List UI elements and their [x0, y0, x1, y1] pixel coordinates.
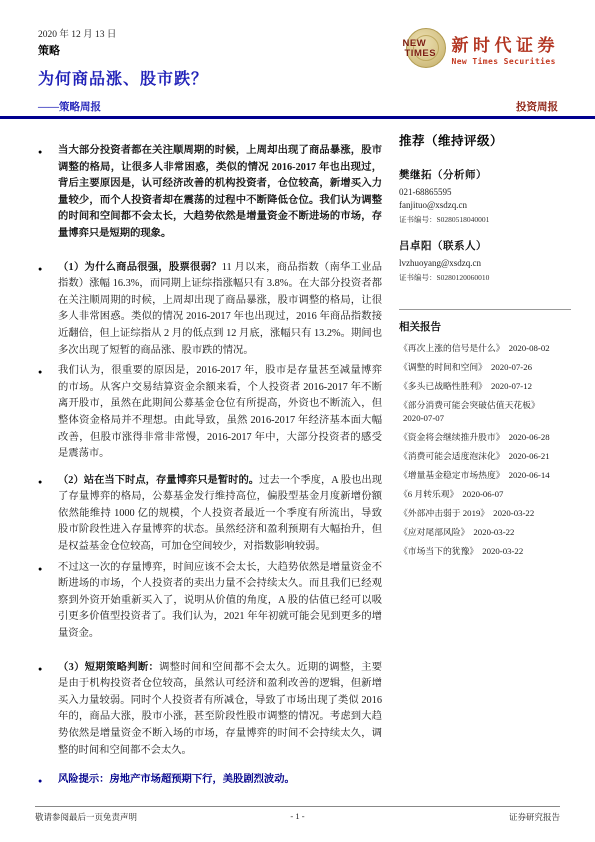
emblem-text-times: TIMES [405, 48, 437, 59]
person-cert-number: 证书编号：S0280120060010 [399, 272, 571, 283]
related-report-date: 2020-06-07 [462, 489, 503, 499]
bullet-text: 不过这一次的存量博弈，时间应该不会太长，大趋势依然是增量资金不断进场的市场，个人… [58, 560, 382, 643]
person-email: lvzhuoyang@xsdzq.cn [399, 257, 571, 270]
report-page: 2020 年 12 月 13 日 策略 NEW TIMES 新时代证券 New … [0, 0, 595, 842]
sidebar: 推荐（维持评级） 樊继拓（分析师）021-68865595fanjituo@xs… [399, 131, 571, 564]
bullet-dot-icon: ● [38, 143, 58, 243]
related-report-title: 《多头已战略性胜利》 [399, 381, 487, 391]
related-report-date: 2020-07-26 [491, 362, 532, 372]
bullet-lead: 风险提示： [58, 774, 109, 785]
related-report-date: 2020-06-28 [509, 432, 550, 442]
related-reports-block: 相关报告 《再次上涨的信号是什么》2020-08-02《调整的时间和空间》202… [399, 309, 571, 557]
related-report-item: 《再次上涨的信号是什么》2020-08-02 [399, 342, 571, 355]
bullet-dot-icon: ● [38, 260, 58, 360]
person-name: 吕卓阳（联系人） [399, 238, 571, 253]
related-report-title: 《资金将会继续推升股市》 [399, 432, 505, 442]
company-name-en: New Times Securities [452, 57, 560, 66]
bullet-item: ●（2）站在当下时点，存量博弈只是暂时的。过去一个季度，A 股也出现了存量博弈的… [38, 473, 382, 556]
related-report-item: 《资金将会继续推升股市》2020-06-28 [399, 431, 571, 444]
bullet-text: 风险提示：房地产市场超预期下行，美股剧烈波动。 [58, 772, 382, 790]
bullet-lead: （2）站在当下时点，存量博弈只是暂时的。 [58, 475, 259, 486]
report-title: 为何商品涨、股市跌？ [38, 66, 208, 89]
related-report-title: 《市场当下的犹豫》 [399, 546, 478, 556]
related-report-item: 《应对尾部风险》2020-03-22 [399, 526, 571, 539]
related-report-title: 《增量基金稳定市场热度》 [399, 470, 505, 480]
related-report-date: 2020-06-21 [509, 451, 550, 461]
report-category: 策略 [38, 42, 60, 58]
related-report-item: 《多头已战略性胜利》2020-07-12 [399, 380, 571, 393]
bullet-item: ●当大部分投资者都在关注顺周期的时候，上周却出现了商品暴涨，股市调整的格局，让很… [38, 143, 382, 243]
related-report-date: 2020-06-14 [509, 470, 550, 480]
bullet-item: ●（1）为什么商品很强，股票很弱？11 月以来，商品指数（南华工业品指数）涨幅 … [38, 260, 382, 360]
related-report-date: 2020-07-07 [403, 413, 444, 423]
header-divider [0, 116, 595, 119]
company-name-cn: 新时代证券 [452, 31, 560, 56]
bullet-dot-icon: ● [38, 660, 58, 760]
page-footer: 敬请参阅最后一页免责声明 - 1 - 证券研究报告 [35, 806, 560, 823]
related-report-date: 2020-08-02 [509, 343, 550, 353]
person-email: fanjituo@xsdzq.cn [399, 199, 571, 212]
person-card: 吕卓阳（联系人）lvzhuoyang@xsdzq.cn证书编号：S0280120… [399, 238, 571, 283]
related-report-title: 《消费可能会适度泡沫化》 [399, 451, 505, 461]
person-card: 樊继拓（分析师）021-68865595fanjituo@xsdzq.cn证书编… [399, 167, 571, 225]
bullet-text: （3）短期策略判断：调整时间和空间都不会太久。近期的调整，主要是由于机构投资者仓… [58, 660, 382, 760]
related-report-title: 《部分消费可能会突破估值天花板》 [399, 400, 540, 410]
related-report-item: 《市场当下的犹豫》2020-03-22 [399, 545, 571, 558]
related-reports-title: 相关报告 [399, 319, 571, 334]
company-emblem-icon: NEW TIMES [406, 28, 446, 68]
person-phone: 021-68865595 [399, 186, 571, 199]
bullet-list: ●当大部分投资者都在关注顺周期的时候，上周却出现了商品暴涨，股市调整的格局，让很… [38, 143, 382, 790]
bullet-item: ●（3）短期策略判断：调整时间和空间都不会太久。近期的调整，主要是由于机构投资者… [38, 660, 382, 760]
bullet-text: （2）站在当下时点，存量博弈只是暂时的。过去一个季度，A 股也出现了存量博弈的格… [58, 473, 382, 556]
rating-label: 推荐（维持评级） [399, 131, 571, 149]
bullet-item: ●我们认为，很重要的原因是，2016-2017 年，股市是存量甚至减量博弈的市场… [38, 363, 382, 463]
company-name-block: 新时代证券 New Times Securities [452, 31, 560, 66]
related-report-date: 2020-07-12 [491, 381, 532, 391]
related-report-title: 《调整的时间和空间》 [399, 362, 487, 372]
bullet-text: 当大部分投资者都在关注顺周期的时候，上周却出现了商品暴涨，股市调整的格局，让很多… [58, 143, 382, 243]
person-name: 樊继拓（分析师） [399, 167, 571, 182]
bullet-dot-icon: ● [38, 772, 58, 790]
related-report-item: 《增量基金稳定市场热度》2020-06-14 [399, 469, 571, 482]
analyst-block: 樊继拓（分析师）021-68865595fanjituo@xsdzq.cn证书编… [399, 167, 571, 283]
related-report-title: 《再次上涨的信号是什么》 [399, 343, 505, 353]
bullet-lead: （3）短期策略判断： [58, 662, 159, 673]
related-report-title: 《6 月转乐观》 [399, 489, 458, 499]
bullet-lead: （1）为什么商品很强，股票很弱？ [58, 262, 222, 273]
related-report-title: 《应对尾部风险》 [399, 527, 469, 537]
related-report-date: 2020-03-22 [493, 508, 534, 518]
related-report-date: 2020-03-22 [473, 527, 514, 537]
person-cert-number: 证书编号：S0280518040001 [399, 214, 571, 225]
page-number: - 1 - [35, 811, 560, 821]
related-report-item: 《部分消费可能会突破估值天花板》2020-07-07 [399, 399, 571, 424]
related-report-title: 《外部冲击弱于 2019》 [399, 508, 489, 518]
bullet-dot-icon: ● [38, 473, 58, 556]
bullet-dot-icon: ● [38, 560, 58, 643]
bullet-dot-icon: ● [38, 363, 58, 463]
related-report-item: 《消费可能会适度泡沫化》2020-06-21 [399, 450, 571, 463]
report-subtitle: ——策略周报 [38, 99, 101, 114]
related-report-item: 《调整的时间和空间》2020-07-26 [399, 361, 571, 374]
related-report-item: 《6 月转乐观》2020-06-07 [399, 488, 571, 501]
report-date: 2020 年 12 月 13 日 [38, 26, 116, 40]
related-report-date: 2020-03-22 [482, 546, 523, 556]
bullet-text: 我们认为，很重要的原因是，2016-2017 年，股市是存量甚至减量博弈的市场。… [58, 363, 382, 463]
report-type-tag: 投资周报 [516, 99, 558, 114]
bullet-item: ●不过这一次的存量博弈，时间应该不会太长，大趋势依然是增量资金不断进场的市场，个… [38, 560, 382, 643]
bullet-text: （1）为什么商品很强，股票很弱？11 月以来，商品指数（南华工业品指数）涨幅 1… [58, 260, 382, 360]
company-logo: NEW TIMES 新时代证券 New Times Securities [406, 28, 560, 68]
related-reports-list: 《再次上涨的信号是什么》2020-08-02《调整的时间和空间》2020-07-… [399, 342, 571, 557]
related-report-item: 《外部冲击弱于 2019》2020-03-22 [399, 507, 571, 520]
bullet-item: ●风险提示：房地产市场超预期下行，美股剧烈波动。 [38, 772, 382, 790]
